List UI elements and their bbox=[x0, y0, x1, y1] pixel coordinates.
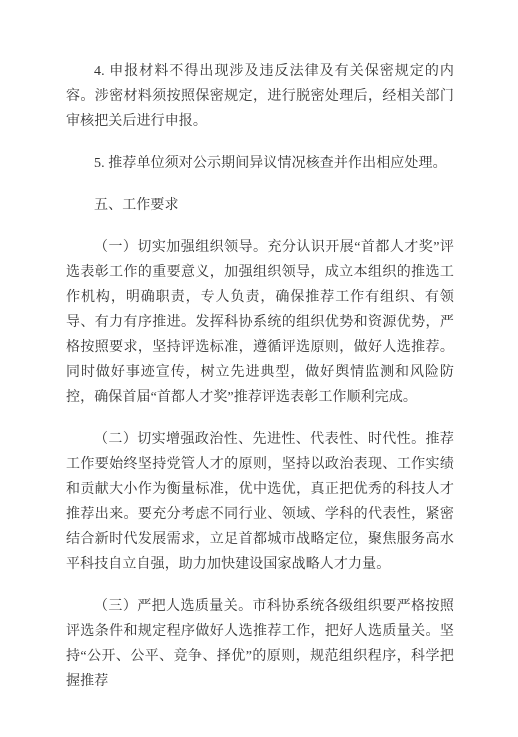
paragraph-subsection-1: （一）切实加强组织领导。充分认识开展“首都人才奖”评选表彰工作的重要意义，加强组… bbox=[66, 235, 454, 410]
paragraph-item-5: 5. 推荐单位须对公示期间异议情况核查并作出相应处理。 bbox=[66, 151, 454, 176]
paragraph-item-4: 4. 申报材料不得出现涉及违反法律及有关保密规定的内容。涉密材料须按照保密规定，… bbox=[66, 59, 454, 134]
document-page: 4. 申报材料不得出现涉及违反法律及有关保密规定的内容。涉密材料须按照保密规定，… bbox=[0, 0, 518, 737]
paragraph-subsection-2: （二）切实增强政治性、先进性、代表性、时代性。推荐工作要始终坚持党管人才的原则，… bbox=[66, 427, 454, 577]
document-viewport: 4. 申报材料不得出现涉及违反法律及有关保密规定的内容。涉密材料须按照保密规定，… bbox=[0, 0, 518, 737]
paragraph-subsection-3: （三）严把人选质量关。市科协系统各级组织要严格按照评选条件和规定程序做好人选推荐… bbox=[66, 594, 454, 694]
section-heading-work-requirements: 五、工作要求 bbox=[66, 193, 454, 218]
